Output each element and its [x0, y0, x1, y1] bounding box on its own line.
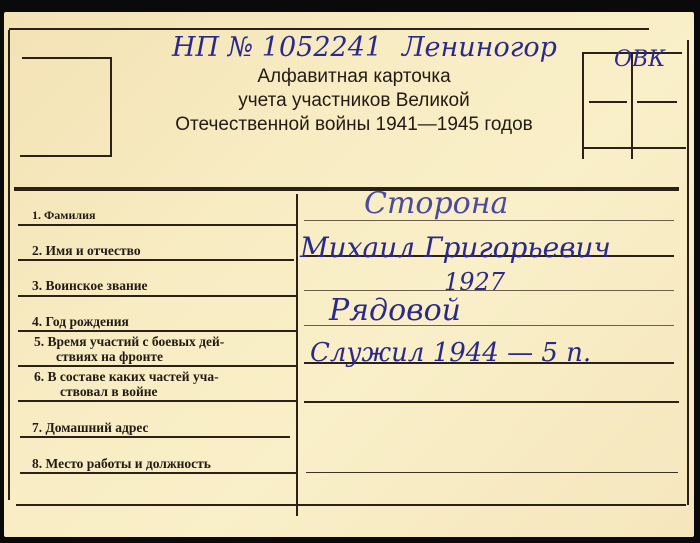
row-line-6-right — [304, 401, 679, 403]
card-title-line-3: Отечественной войны 1941—1945 годов — [114, 114, 594, 136]
field-label-home-address: 7. Домашний адрес — [32, 420, 302, 435]
top-border-line — [9, 28, 649, 30]
left-box-top — [22, 57, 112, 59]
registry-number: НП № 1052241 — [172, 34, 382, 62]
right-box-dash-1 — [589, 101, 627, 103]
field-value-name-patronymic: Михаил Григорьевич — [300, 234, 611, 262]
field-label-birth-year: 4. Год рождения — [32, 314, 302, 329]
field-label-service-period-1: 5. Время участий с боевых дей- — [34, 334, 304, 349]
registry-office: ОВК — [614, 46, 665, 74]
field-label-units-1: 6. В составе каких частей уча- — [34, 369, 304, 384]
field-label-surname: 1. Фамилия — [32, 208, 302, 223]
card-title-line-2: учета участников Великой — [114, 90, 594, 112]
row-line-6-left — [18, 400, 296, 402]
right-box-bottom — [582, 147, 686, 149]
row-line-3-left — [18, 295, 296, 297]
left-box-right — [110, 57, 112, 157]
right-box-dash-2 — [637, 101, 677, 103]
bottom-line — [16, 504, 686, 506]
field-label-workplace: 8. Место работы и должность — [32, 456, 302, 471]
field-value-birth-year: 1927 — [444, 268, 505, 296]
row-line-5-left — [18, 365, 296, 367]
row-line-7-left — [20, 436, 290, 438]
row-line-2-left — [18, 259, 294, 261]
field-label-units-2: ствовал в войне — [60, 384, 330, 399]
field-value-service-period: Служил 1944 — 5 п. — [310, 339, 591, 367]
row-line-4-left — [18, 330, 296, 332]
field-label-name-patronymic: 2. Имя и отчество — [32, 243, 302, 258]
card-title-line-1: Алфавитная карточка — [114, 66, 594, 88]
field-value-rank: Рядовой — [329, 297, 461, 325]
row-line-7-right — [306, 472, 678, 473]
field-value-surname: Сторона — [364, 190, 508, 218]
row-line-8-left — [20, 472, 298, 474]
row-line-1-left — [18, 224, 296, 226]
registration-card: НП № 1052241 Лениногор ОВК Алфавитная ка… — [4, 12, 694, 537]
registry-place: Лениногор — [402, 34, 557, 62]
field-label-military-rank: 3. Воинское звание — [32, 278, 302, 293]
left-box-bottom — [20, 155, 112, 157]
right-border-line — [687, 40, 689, 505]
left-border-line — [8, 30, 10, 500]
header-separator — [14, 187, 679, 191]
field-label-service-period-2: ствиях на фронте — [56, 349, 326, 364]
